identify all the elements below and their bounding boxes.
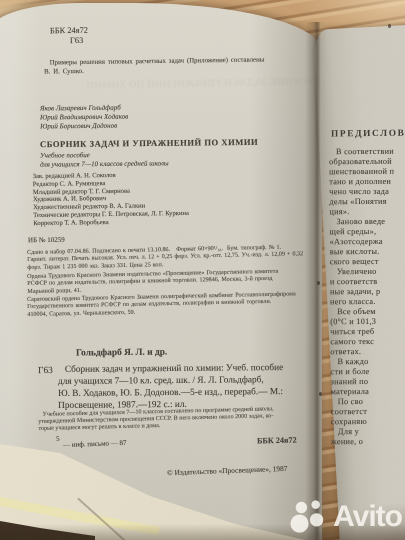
authors-full-names: Яков Лазаревич Гольдфарб Юрий Владимиров… — [40, 104, 128, 133]
preface-heading: ПРЕДИСЛОВИЕ — [331, 129, 405, 140]
bbk-author-sign: Г63 — [70, 36, 83, 45]
ib-number: ИБ № 10259 — [28, 236, 65, 245]
page-gutter-shadow — [305, 22, 327, 540]
compiler-note: Примеры решения типовых расчетных задач … — [44, 56, 265, 76]
catalog-card-author: Гольдфарб Я. Л. и др. — [76, 348, 167, 359]
binding-speck — [319, 392, 322, 396]
book-photo: СБОРНИК ЗАДАЧ И УПРАЖНЕНИЙ ПО ХИМИИ ББК … — [0, 0, 405, 540]
avito-logo-icon — [290, 498, 328, 536]
bbk-code-bottom: ББК 24я72 — [257, 435, 297, 445]
wood-knot — [388, 24, 391, 28]
avito-watermark: Avito — [290, 498, 402, 536]
catalog-card-code: Г63 — [38, 366, 53, 376]
binding-speck — [317, 281, 320, 285]
catalog-card-body: Сборник задач и упражнений по химии: Уче… — [58, 363, 284, 413]
preface-text: В соответствии образовательной шенствова… — [329, 147, 396, 447]
book-subtitle: Учебное пособие для учащихся 7—10 классо… — [40, 150, 169, 169]
bbk-code: ББК 24я72 — [50, 26, 88, 36]
info-letter-prefix: 5 — [56, 435, 60, 443]
avito-watermark-label: Avito — [333, 500, 402, 534]
editorial-staff: Зав. редакцией А. Н. Соколов Редактор С.… — [33, 171, 189, 228]
